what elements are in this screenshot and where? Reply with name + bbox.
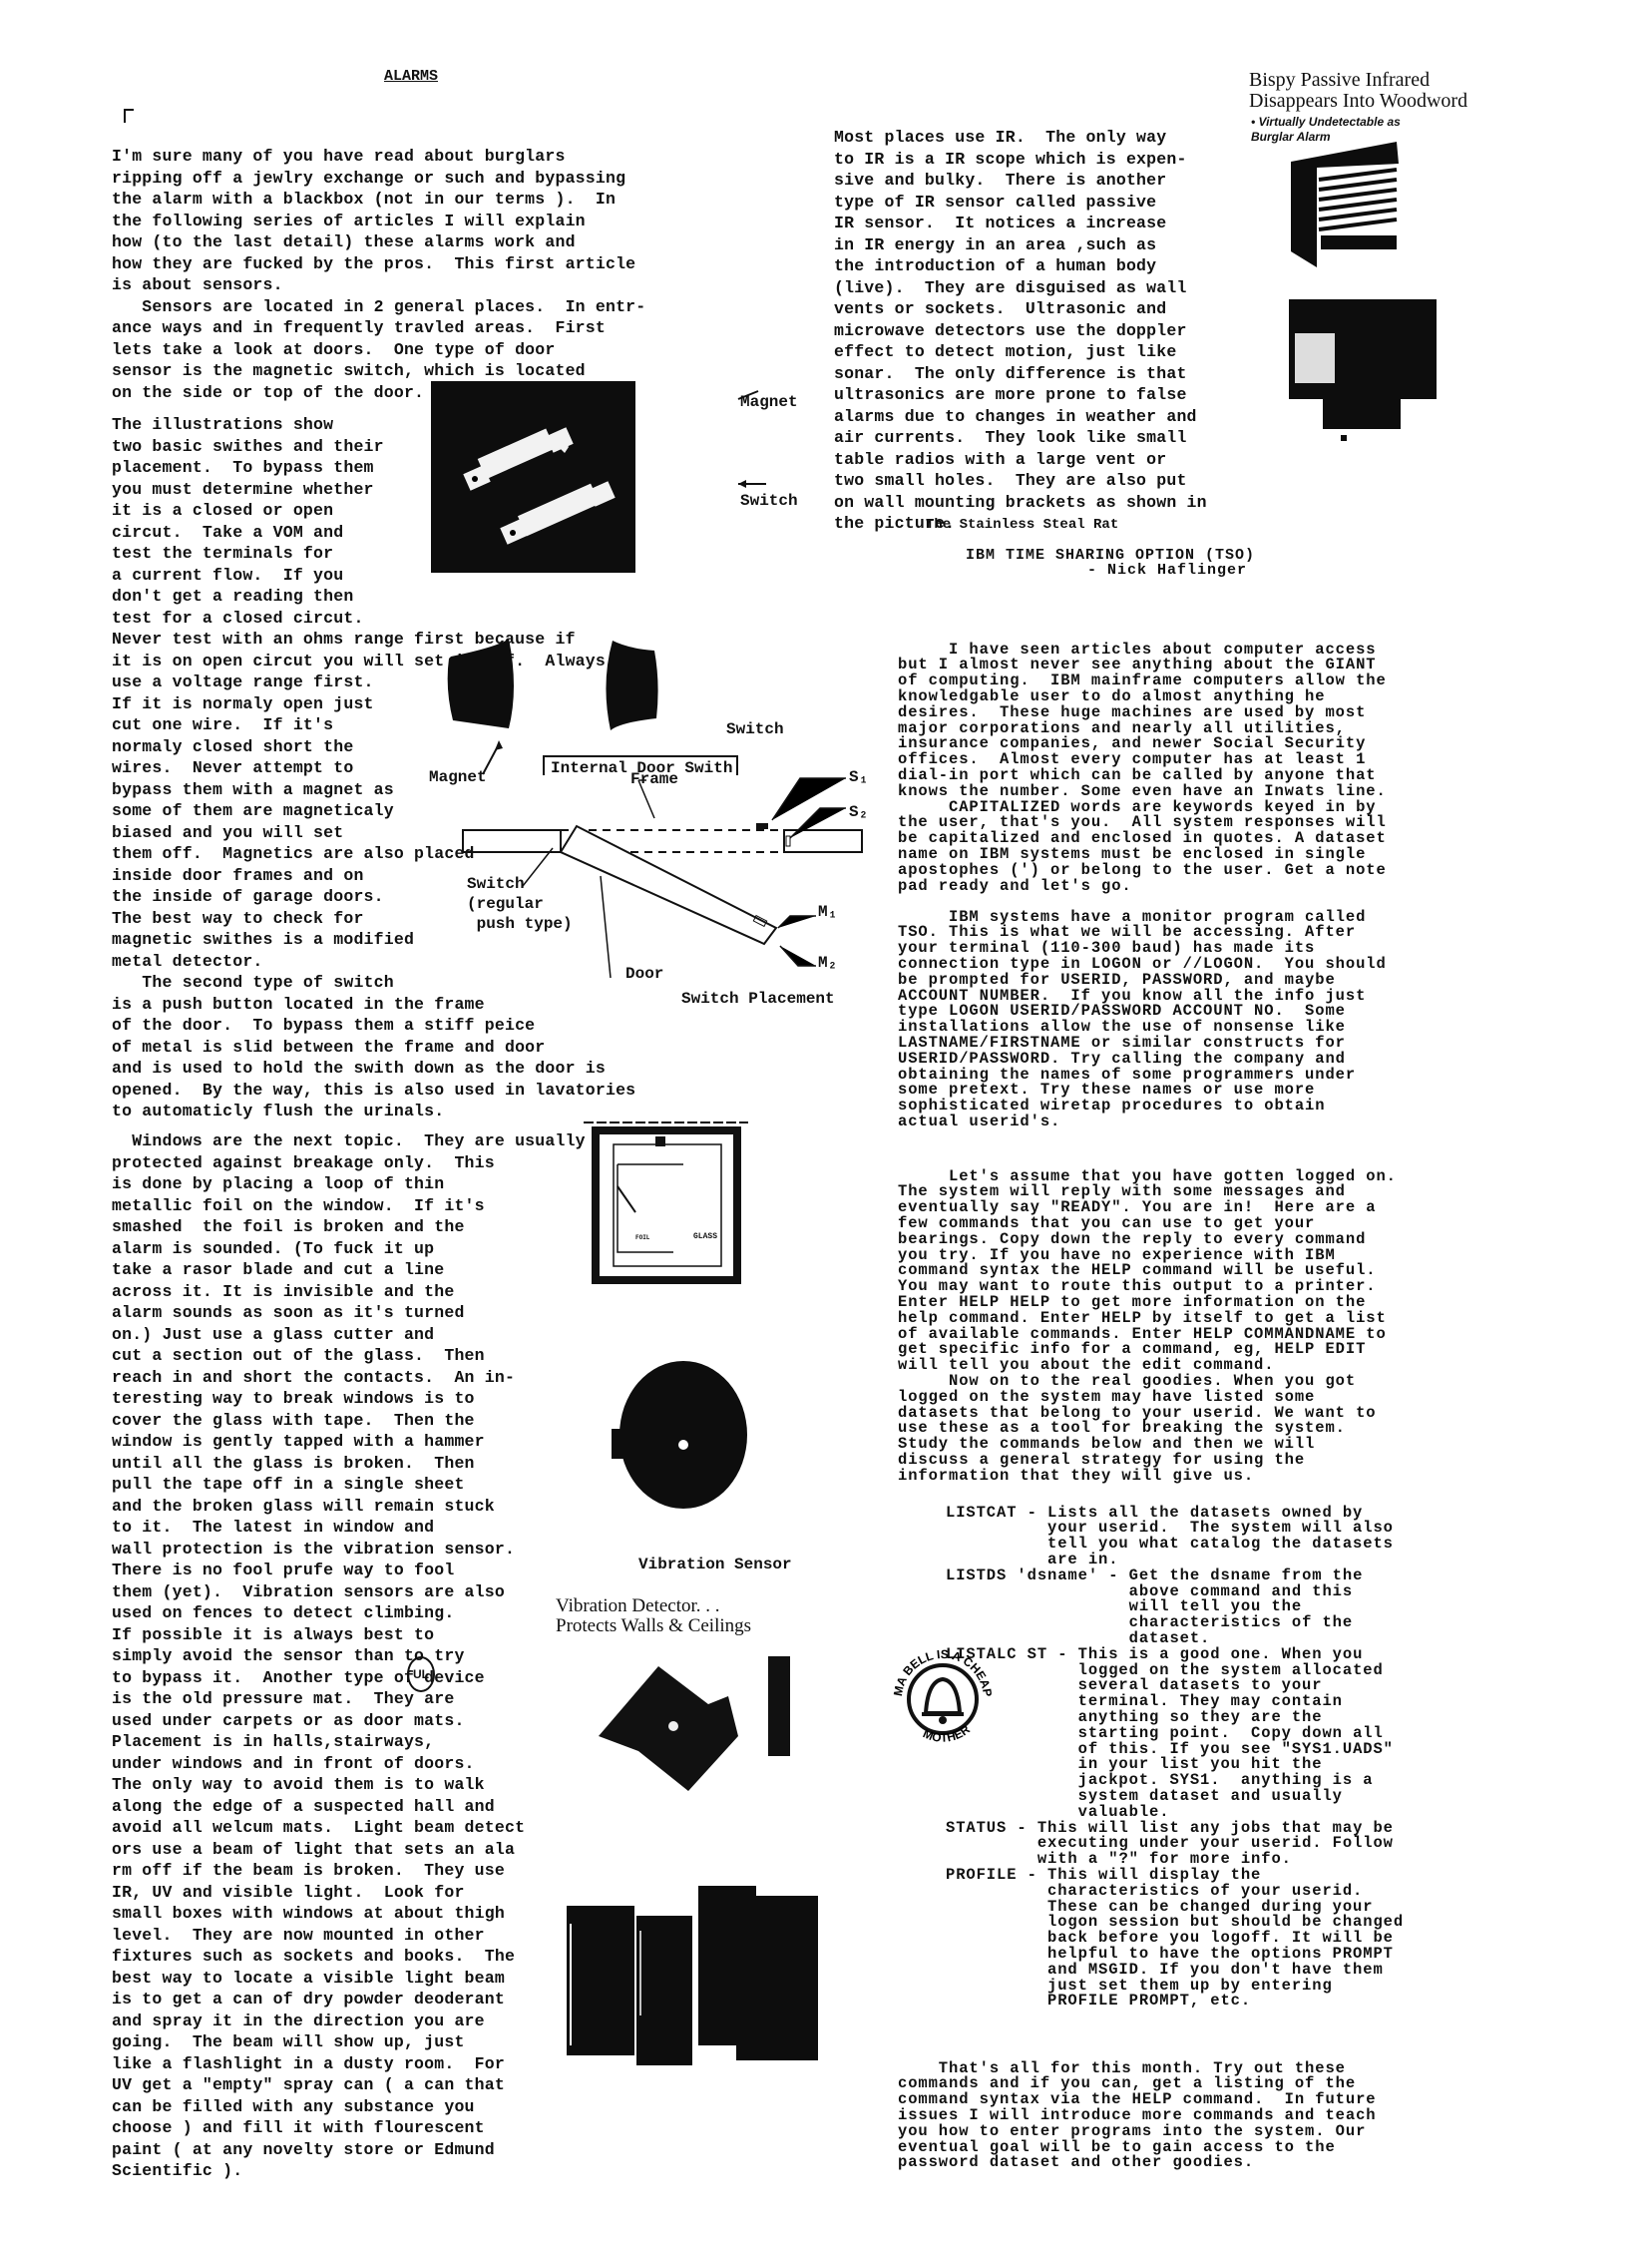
- text-line: The only way to avoid them is to walk: [112, 1774, 586, 1796]
- text-line: can be filled with any substance you: [112, 2096, 586, 2118]
- text-line: to it. The latest in window and: [112, 1517, 586, 1539]
- m1-label: M₁: [818, 903, 837, 921]
- text-line: Placement is in halls,stairways,: [112, 1731, 586, 1753]
- ul-mark-icon: UL: [407, 1656, 435, 1692]
- tso-paragraph-3: Let's assume that you have gotten logged…: [898, 1169, 1397, 1485]
- text-line: and is used to hold the swith down as th…: [112, 1058, 635, 1080]
- window-foil-illustration: GLASS FOIL: [574, 1113, 753, 1287]
- text-line: of metal is slid between the frame and d…: [112, 1037, 635, 1059]
- text-line: them (yet). Vibration sensors are also: [112, 1581, 586, 1603]
- text-line: table radios with a large vent or: [834, 449, 1207, 471]
- alarms-signature: The Stainless Steal Rat: [926, 517, 1118, 533]
- svg-text:MOTHER: MOTHER: [921, 1722, 973, 1745]
- tso-commands-intro: Let's assume that you have gotten logged…: [898, 1137, 1397, 1500]
- text-line: fixtures such as sockets and books. The: [112, 1946, 586, 1968]
- text-line: how they are fucked by the pros. This fi…: [112, 253, 645, 275]
- switch-label-2: Switch: [726, 720, 784, 738]
- text-line: vents or sockets. Ultrasonic and: [834, 298, 1207, 320]
- text-line: on wall mounting brackets as shown in: [834, 492, 1207, 514]
- internal-door-switch-photo: [439, 639, 738, 738]
- text-line: IR, UV and visible light. Look for: [112, 1882, 586, 1904]
- text-line: cut a section out of the glass. Then: [112, 1345, 586, 1367]
- text-line: level. They are now mounted in other: [112, 1925, 586, 1947]
- text-line: to IR is a IR scope which is expen-: [834, 149, 1207, 171]
- text-line: and spray it in the direction you are: [112, 2011, 586, 2032]
- s2-label: S₂: [849, 803, 868, 821]
- text-line: rm off if the beam is broken. They use: [112, 1860, 586, 1882]
- command-keyword: LISTDS 'dsname' -: [946, 1569, 1129, 1647]
- text-line: paint ( at any novelty store or Edmund: [112, 2139, 586, 2161]
- text-line: Windows are the next topic. They are usu…: [112, 1130, 586, 1152]
- tso-logon: IBM systems have a monitor program calle…: [898, 878, 1387, 1146]
- ma-bell-logo: MA BELL IS A CHEAP MOTHER: [888, 1641, 998, 1751]
- command-keyword: LISTCAT -: [946, 1506, 1047, 1569]
- text-line: don't get a reading then: [112, 586, 635, 608]
- tso-paragraph-1: I have seen articles about computer acce…: [898, 643, 1387, 895]
- bell-icon: MA BELL IS A CHEAP MOTHER: [888, 1641, 998, 1751]
- svg-text:MA BELL IS A CHEAP: MA BELL IS A CHEAP: [891, 1647, 995, 1697]
- tso-paragraph-2: IBM systems have a monitor program calle…: [898, 910, 1387, 1130]
- command-entry: LISTDS 'dsname' - Get the dsname from th…: [946, 1569, 1404, 1647]
- corner-mark: [124, 109, 134, 123]
- text-line: like a flashlight in a dusty room. For: [112, 2053, 586, 2075]
- text-line: Sensors are located in 2 general places.…: [112, 296, 645, 318]
- text-line: IR sensor. It notices a increase: [834, 213, 1207, 234]
- text-line: actual userid's.: [898, 1115, 1387, 1130]
- frame-label: Frame: [630, 770, 678, 788]
- text-line: alarms due to changes in weather and: [834, 406, 1207, 428]
- text-line: Scientific ).: [112, 2160, 586, 2182]
- text-line: I'm sure many of you have read about bur…: [112, 146, 645, 168]
- text-line: on.) Just use a glass cutter and: [112, 1324, 586, 1346]
- vibration-sensor-photo: [604, 1357, 763, 1517]
- text-line: effect to detect motion, just like: [834, 341, 1207, 363]
- bispy-title-line-2: Disappears Into Woodword: [1249, 91, 1467, 112]
- command-entry: LISTALC ST - This is a good one. When yo…: [946, 1647, 1404, 1821]
- m2-label: M₂: [818, 954, 837, 972]
- text-line: of the door. To bypass them a stiff peic…: [112, 1015, 635, 1037]
- text-line: is the old pressure mat. They are: [112, 1688, 586, 1710]
- text-line: going. The beam will show up, just: [112, 2031, 586, 2053]
- alarms-paragraph-3: Windows are the next topic. They are usu…: [112, 1130, 586, 2182]
- text-line: in IR energy in an area ,such as: [834, 234, 1207, 256]
- text-line: best way to locate a visible light beam: [112, 1968, 586, 1990]
- text-line: If possible it is always best to: [112, 1624, 586, 1646]
- alarms-window-text: Windows are the next topic. They are usu…: [112, 1088, 586, 2203]
- tso-intro: I have seen articles about computer acce…: [898, 611, 1387, 910]
- text-line: alarm sounds as soon as it's turned: [112, 1302, 586, 1324]
- vibration-detector-photo: [579, 1646, 798, 1796]
- text-line: avoid all welcum mats. Light beam detect: [112, 1817, 586, 1839]
- text-line: password dataset and other goodies.: [898, 2155, 1376, 2171]
- tso-command-list: LISTCAT - Lists all the datasets owned b…: [946, 1474, 1404, 2025]
- text-line: under windows and in front of doors.: [112, 1753, 586, 1775]
- text-line: ultrasonics are more prone to false: [834, 384, 1207, 406]
- text-line: small boxes with windows at about thigh: [112, 1903, 586, 1925]
- text-line: teresting way to break windows is to: [112, 1388, 586, 1410]
- magnetic-switch-photo: [431, 381, 635, 573]
- command-keyword: STATUS -: [946, 1821, 1037, 1868]
- command-description: This will list any jobs that may beexecu…: [1037, 1821, 1394, 1868]
- text-line: UV get a "empty" spray can ( a can that: [112, 2074, 586, 2096]
- door-label: Door: [625, 965, 663, 983]
- text-line: protected against breakage only. This: [112, 1152, 586, 1174]
- text-line: ripping off a jewlry exchange or such an…: [112, 168, 645, 190]
- tso-byline: - Nick Haflinger: [1087, 562, 1247, 579]
- text-line: ance ways and in frequently travled area…: [112, 317, 645, 339]
- push-switch-label: Switch (regular push type): [467, 874, 573, 934]
- text-line: simply avoid the sensor than to try: [112, 1645, 586, 1667]
- text-line: along the edge of a suspected hall and: [112, 1796, 586, 1818]
- text-line: sonar. The only difference is that: [834, 363, 1207, 385]
- tso-closing: That's all for this month. Try out these…: [898, 2029, 1376, 2187]
- tso-closing-paragraph: That's all for this month. Try out these…: [898, 2061, 1376, 2172]
- bispy-title-line-1: Bispy Passive Infrared: [1249, 70, 1467, 91]
- text-line: used under carpets or as door mats.: [112, 1710, 586, 1732]
- text-line: type of IR sensor called passive: [834, 192, 1207, 214]
- alarms-ir-text: Most places use IR. The only wayto IR is…: [834, 84, 1207, 556]
- text-line: pull the tape off in a single sheet: [112, 1474, 586, 1496]
- text-line: is about sensors.: [112, 274, 645, 296]
- text-line: test for a closed circut.: [112, 608, 635, 630]
- text-line: until all the glass is broken. Then: [112, 1453, 586, 1475]
- alarms-paragraph-1: I'm sure many of you have read about bur…: [112, 146, 645, 403]
- command-description: Lists all the datasets owned byyour user…: [1047, 1506, 1394, 1569]
- text-line: window is gently tapped with a hammer: [112, 1431, 586, 1453]
- text-line: the alarm with a blackbox (not in our te…: [112, 189, 645, 211]
- text-line: alarm is sounded. (To fuck it up: [112, 1238, 586, 1260]
- text-line: reach in and short the contacts. An in-: [112, 1367, 586, 1389]
- text-line: how (to the last detail) these alarms wo…: [112, 231, 645, 253]
- bispy-bullet-line-1: • Virtually Undetectable as: [1251, 115, 1401, 130]
- text-line: across it. It is invisible and the: [112, 1281, 586, 1303]
- vibration-sensor-caption: Vibration Sensor: [638, 1556, 792, 1573]
- text-line: is to get a can of dry powder deoderant: [112, 1989, 586, 2011]
- switch-placement-caption: Switch Placement: [681, 990, 835, 1008]
- command-description: This is a good one. When youlogged on th…: [1078, 1647, 1394, 1821]
- command-keyword: PROFILE -: [946, 1868, 1047, 2010]
- article-title-alarms: ALARMS: [384, 68, 438, 85]
- text-line: the following series of articles I will …: [112, 211, 645, 232]
- text-line: normaly closed short the: [112, 736, 635, 758]
- text-line: microwave detectors use the doppler: [834, 320, 1207, 342]
- text-line: air currents. They look like small: [834, 427, 1207, 449]
- text-line: to bypass it. Another type of device: [112, 1667, 586, 1689]
- text-line: the introduction of a human body: [834, 255, 1207, 277]
- window-glass-label: GLASS: [693, 1232, 717, 1241]
- arrow-icon: [736, 379, 776, 499]
- text-line: metallic foil on the window. If it's: [112, 1195, 586, 1217]
- command-entry: PROFILE - This will display thecharacter…: [946, 1868, 1404, 2010]
- text-line: ors use a beam of light that sets an ala: [112, 1839, 586, 1861]
- text-line: used on fences to detect climbing.: [112, 1602, 586, 1624]
- text-line: two small holes. They are also put: [834, 470, 1207, 492]
- passive-ir-sensor-photo: [1287, 140, 1407, 269]
- s1-label: S₁: [849, 768, 868, 786]
- text-line: wall protection is the vibration sensor.: [112, 1539, 586, 1561]
- text-line: cover the glass with tape. Then the: [112, 1410, 586, 1432]
- text-line: sive and bulky. There is another: [834, 170, 1207, 192]
- alarms-paragraph-4: Most places use IR. The only wayto IR is…: [834, 127, 1207, 535]
- command-entry: LISTCAT - Lists all the datasets owned b…: [946, 1506, 1404, 1569]
- text-line: lets take a look at doors. One type of d…: [112, 339, 645, 361]
- text-line: Most places use IR. The only way: [834, 127, 1207, 149]
- vibration-detector-title: Vibration Detector. . .: [556, 1596, 720, 1616]
- vibration-detector-subtitle: Protects Walls & Ceilings: [556, 1616, 751, 1636]
- command-description: This will display thecharacteristics of …: [1047, 1868, 1404, 2010]
- bispy-ad-title: Bispy Passive Infrared Disappears Into W…: [1249, 70, 1467, 112]
- light-beam-detector-photo: [559, 1876, 823, 2065]
- text-line: (live). They are disguised as wall: [834, 277, 1207, 299]
- text-line: smashed the foil is broken and the: [112, 1216, 586, 1238]
- window-foil-label: FOIL: [635, 1234, 649, 1241]
- text-line: choose ) and fill it with flourescent: [112, 2117, 586, 2139]
- command-entry: STATUS - This will list any jobs that ma…: [946, 1821, 1404, 1868]
- text-line: is done by placing a loop of thin: [112, 1173, 586, 1195]
- text-line: and the broken glass will remain stuck: [112, 1496, 586, 1518]
- text-line: take a rasor blade and cut a line: [112, 1259, 586, 1281]
- ultrasonic-detector-photo: [1287, 297, 1446, 447]
- command-description: Get the dsname from theabove command and…: [1129, 1569, 1364, 1647]
- text-line: There is no fool prufe way to fool: [112, 1560, 586, 1581]
